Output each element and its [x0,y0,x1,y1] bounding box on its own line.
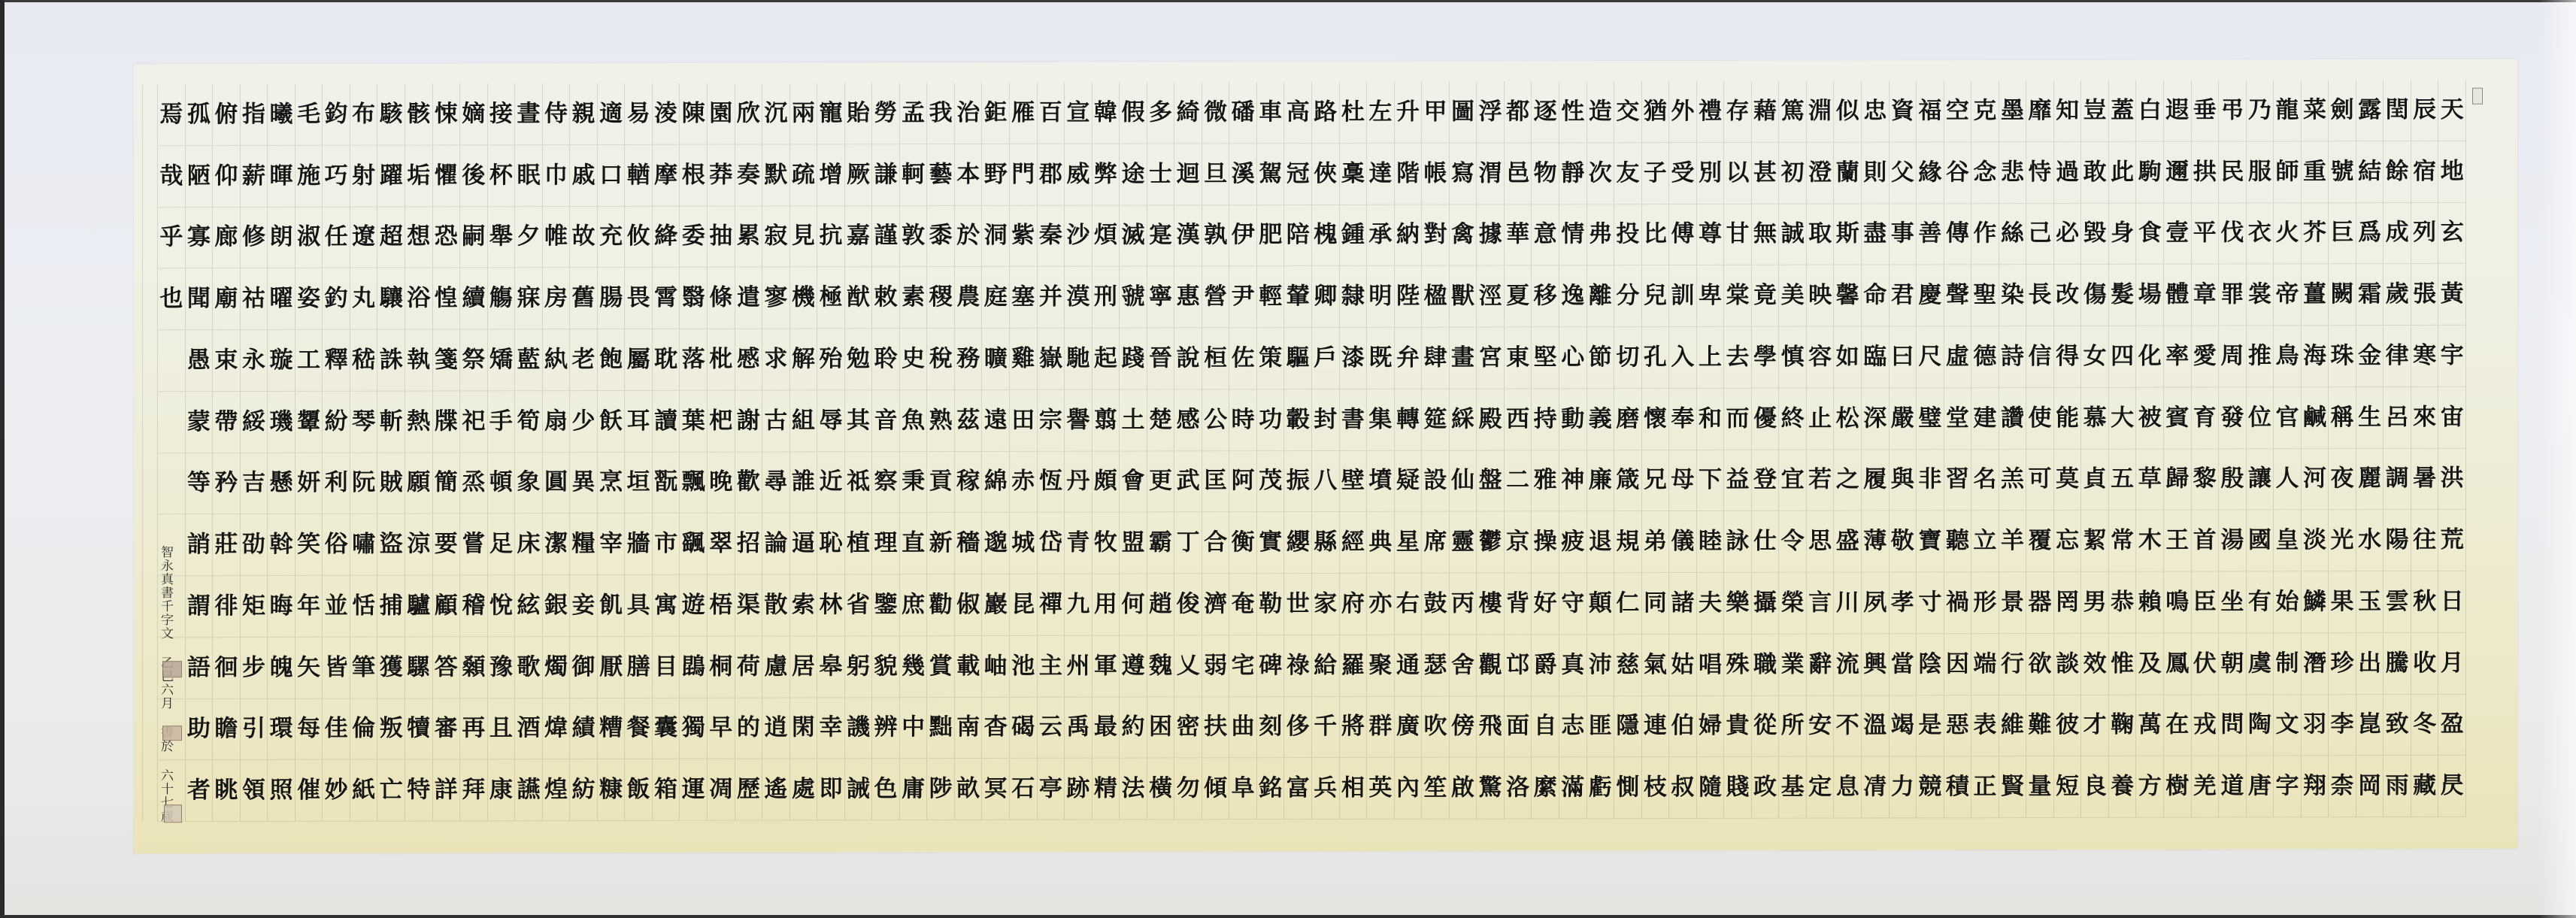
character-cell: 臨 [1862,326,1889,388]
seal-upper-icon [162,661,182,677]
character-cell: 四 [2109,326,2136,388]
character-cell: 引 [241,698,268,760]
text-column: 垂拱平章愛育黎首臣伏戎羌 [2191,80,2219,818]
character-cell: 誰 [790,452,817,514]
character-cell: 世 [1284,574,1311,635]
character-cell: 阜 [1229,758,1256,820]
character-cell: 鞠 [2109,695,2136,756]
character-cell: 黍 [927,206,954,268]
character-cell: 摩 [653,145,680,207]
text-column: 治本於農務茲稼穡俶載南畝 [954,83,982,820]
character-cell: 道 [2219,756,2246,818]
character-cell: 淑 [295,207,323,268]
character-cell: 華 [1505,205,1532,266]
character-cell: 樓 [1477,574,1504,635]
character-cell [158,453,185,515]
inscription-column [142,84,158,822]
character-cell: 畫 [1450,328,1477,389]
character-cell: 命 [1862,265,1889,327]
character-cell: 岡 [2356,756,2384,817]
character-cell: 廉 [1587,450,1614,512]
character-cell: 見 [790,206,817,268]
character-cell: 抽 [708,206,735,268]
character-cell: 口 [598,145,625,207]
character-cell: 求 [762,329,789,390]
character-cell: 照 [268,760,295,822]
character-cell: 足 [488,514,515,576]
character-cell: 大 [2109,387,2136,449]
character-cell: 律 [2384,326,2411,387]
character-cell: 恬 [350,576,377,638]
character-cell: 寂 [762,206,789,268]
character-cell: 手 [488,391,515,453]
character-cell: 金 [2356,326,2384,387]
character-cell: 匪 [1587,696,1614,758]
character-cell: 貴 [1724,695,1751,757]
character-cell: 使 [2026,388,2053,450]
character-cell: 鈞 [323,84,350,146]
character-cell: 愚 [186,330,213,392]
character-cell: 謝 [735,390,762,452]
character-cell: 杳 [982,697,1009,759]
text-column: 布射遼丸嵇琴阮嘯恬筆倫紙 [350,84,377,822]
character-cell: 升 [1395,82,1422,144]
character-cell: 政 [1752,757,1779,819]
text-column: 鈞巧任釣釋紛利俗並皆佳妙 [322,84,350,822]
character-cell: 溫 [1862,695,1889,757]
character-cell: 傅 [1669,204,1696,265]
text-column: 乃服衣裳推位讓國有虞陶唐 [2246,80,2274,817]
character-cell: 慶 [1917,265,1944,327]
character-cell: 仙 [1450,450,1477,512]
text-column: 甲帳對楹肆筵設席鼓瑟吹笙 [1421,82,1449,820]
character-cell: 聆 [872,329,899,390]
character-cell: 涇 [1477,266,1504,328]
character-cell: 有 [2247,571,2274,633]
character-cell: 魏 [1147,635,1174,697]
text-column: 晝眠夕寐藍筍象床絃歌酒讌 [514,83,542,821]
character-cell: 弔 [2219,80,2246,141]
character-cell: 巾 [543,145,570,207]
character-cell: 交 [1614,81,1641,143]
character-cell: 組 [790,390,817,452]
character-cell: 圓 [543,453,570,514]
character-cell: 裳 [2247,265,2274,326]
text-column: 宣威沙漠馳譽丹青九州禹跡 [1064,83,1092,820]
character-cell: 興 [1862,634,1889,695]
character-cell: 論 [762,514,789,575]
character-cell: 丸 [350,268,377,330]
character-cell: 右 [1395,574,1422,635]
character-cell: 嘉 [845,206,872,268]
character-cell: 宰 [598,514,625,575]
character-cell: 綵 [1450,389,1477,450]
character-cell: 嶽 [1038,329,1065,390]
character-cell: 黜 [927,698,954,759]
character-cell: 途 [1120,144,1147,205]
character-cell: 恐 [433,207,460,268]
character-cell: 芥 [2302,203,2329,265]
character-cell: 讓 [2247,449,2274,511]
character-cell: 弱 [1202,635,1229,697]
character-cell: 可 [2026,449,2053,511]
character-cell: 尺 [1917,326,1944,388]
character-cell: 觀 [1477,635,1504,696]
text-column: 毛施淑姿工顰妍笑年矢每催 [295,84,323,822]
character-cell: 每 [295,698,323,760]
character-cell: 爲 [2356,203,2384,265]
character-cell: 規 [1614,511,1641,573]
text-column: 菜重芥薑海鹹河淡鱗潛羽翔 [2301,80,2329,817]
character-cell: 爵 [1532,635,1559,696]
character-cell: 空 [1944,80,1971,142]
character-cell: 曦 [268,84,295,146]
character-cell: 皇 [2274,511,2301,572]
character-cell: 湯 [2219,511,2246,572]
character-cell: 俗 [323,514,350,576]
character-cell: 傍 [1450,696,1477,758]
character-cell: 九 [1065,574,1092,636]
character-cell: 靈 [1450,512,1477,574]
text-column: 易輶攸畏屬耳垣牆具膳餐飯 [624,83,652,821]
character-cell: 家 [1312,574,1339,635]
character-cell: 最 [1093,697,1120,759]
photo-frame-left-edge [0,0,5,918]
character-cell: 弟 [1642,511,1669,573]
character-cell: 法 [1120,759,1147,820]
character-cell: 廣 [1395,696,1422,758]
character-cell: 沛 [1587,635,1614,696]
character-cell: 睦 [1697,511,1724,573]
character-cell: 鳴 [2164,572,2191,634]
character-cell: 斡 [268,514,295,576]
character-cell: 府 [1340,574,1367,635]
character-cell: 傳 [1944,204,1971,265]
character-cell: 既 [1367,328,1394,389]
character-cell: 等 [186,453,213,515]
character-cell: 懼 [433,145,460,207]
character-cell: 勿 [1174,759,1202,820]
character-cell: 滅 [1120,205,1147,267]
text-column: 存以甘棠去而益詠樂殊貴賤 [1723,81,1751,819]
character-cell: 扶 [1202,697,1229,759]
character-cell: 虧 [1587,757,1614,819]
character-cell: 約 [1120,697,1147,759]
character-cell: 杷 [708,390,735,452]
character-cell: 飢 [598,575,625,637]
character-cell: 畏 [625,268,652,329]
character-cell: 荷 [735,636,762,698]
character-cell: 巧 [323,145,350,207]
character-cell: 珍 [2329,633,2356,695]
character-cell: 尹 [1229,266,1256,328]
character-cell: 初 [1779,142,1806,204]
character-cell: 羔 [1999,450,2026,511]
character-cell: 圖 [1450,82,1477,144]
character-cell: 霸 [1147,513,1174,574]
character-cell: 輕 [1257,266,1284,328]
character-cell: 韓 [1093,83,1120,144]
character-cell: 此 [2109,141,2136,203]
character-cell: 布 [350,84,377,146]
character-cell: 荒 [2438,510,2465,571]
character-cell: 蒙 [186,392,213,453]
character-cell: 仕 [1752,511,1779,573]
character-cell: 收 [2411,633,2438,695]
character-cell: 賤 [1724,757,1751,819]
character-cell: 竟 [1752,265,1779,327]
character-cell: 毛 [295,84,323,146]
character-cell: 深 [1862,388,1889,450]
character-cell: 星 [1395,512,1422,574]
character-cell: 賓 [2164,387,2191,449]
character-cell: 終 [1779,388,1806,450]
character-cell: 釋 [323,330,350,392]
character-cell: 槐 [1312,205,1339,266]
character-cell: 宮 [1477,328,1504,389]
character-cell: 背 [1505,573,1532,635]
character-cell: 推 [2247,326,2274,387]
character-cell: 去 [1724,327,1751,389]
character-cell: 扇 [543,391,570,453]
character-cell: 驚 [1477,758,1504,820]
character-cell: 翦 [1093,389,1120,451]
character-cell: 飫 [598,391,625,453]
character-cell: 投 [1614,205,1641,266]
character-cell: 音 [872,390,899,452]
character-cell: 惟 [2109,633,2136,695]
character-cell: 上 [1697,327,1724,389]
text-column: 空谷傳聲虛堂習聽禍因惡積 [1944,80,1971,818]
character-cell: 舊 [570,268,597,329]
character-cell: 委 [680,206,707,268]
character-cell: 洪 [2438,448,2465,510]
character-cell: 母 [1669,450,1696,511]
character-cell: 出 [2356,633,2384,695]
character-cell: 逸 [1559,266,1587,328]
character-cell: 歌 [515,637,542,698]
character-cell: 食 [2136,203,2163,265]
character-cell: 取 [1807,204,1834,265]
character-cell: 呂 [2384,387,2411,449]
character-cell: 誠 [1779,204,1806,265]
character-cell: 壁 [1340,450,1367,512]
character-cell: 餘 [2384,141,2411,203]
character-cell: 邙 [1505,635,1532,696]
character-cell: 渭 [1477,143,1504,205]
character-cell: 德 [1971,326,1999,388]
character-cell: 惡 [1944,695,1971,757]
character-cell: 赤 [1010,451,1037,513]
character-cell: 美 [1779,265,1806,327]
character-cell: 笙 [1422,758,1449,820]
character-cell: 疑 [1395,450,1422,512]
text-column: 磻溪伊尹佐時阿衡奄宅曲阜 [1229,82,1256,820]
character-cell: 資 [1890,80,1917,142]
character-cell: 切 [1614,327,1641,389]
character-cell: 直 [900,513,927,574]
character-cell: 黃 [2438,264,2465,326]
character-cell: 殿 [1477,389,1504,450]
character-cell: 東 [1505,327,1532,389]
character-cell: 宅 [1229,635,1256,697]
character-cell: 賴 [2136,572,2163,634]
character-cell: 勞 [872,83,899,144]
character-cell: 所 [1779,695,1806,757]
character-cell: 詠 [1724,511,1751,573]
character-cell: 結 [2356,141,2384,203]
character-cell: 章 [2192,265,2219,326]
character-cell: 堂 [1944,388,1971,450]
character-cell: 名 [1971,450,1999,511]
character-cell: 曲 [1229,697,1256,759]
character-cell: 歲 [2384,264,2411,326]
character-cell: 貽 [845,83,872,144]
character-cell: 傾 [1202,759,1229,820]
character-cell: 務 [955,329,982,390]
character-cell: 外 [1669,81,1696,143]
character-cell: 讚 [1999,388,2026,450]
character-cell: 枇 [708,329,735,391]
character-cell: 是 [1917,695,1944,757]
character-cell: 俠 [1312,144,1339,205]
character-cell: 陰 [1917,634,1944,695]
character-cell: 盤 [1477,450,1504,512]
character-cell: 同 [1642,573,1669,635]
character-cell: 厭 [598,637,625,698]
character-cell: 長 [2026,265,2053,326]
character-cell: 南 [955,697,982,759]
character-cell: 平 [2192,203,2219,265]
calligraphy-paper: 天地玄黃宇宙洪荒日月盈昃辰宿列張寒來暑往秋收冬藏閏餘成歲律呂調陽雲騰致雨露結爲霜… [134,59,2517,854]
character-cell: 飯 [625,759,652,821]
character-cell: 治 [955,83,982,144]
seal-middle-icon [162,726,182,741]
character-cell: 鹹 [2302,387,2329,449]
character-cell: 性 [1559,81,1587,143]
character-cell: 下 [1697,450,1724,511]
character-cell: 極 [817,268,844,329]
character-cell: 涼 [405,514,432,576]
character-cell: 衣 [2247,203,2274,265]
character-cell: 璣 [268,392,295,453]
character-cell: 凊 [1862,757,1889,819]
character-cell: 阿 [1229,451,1256,513]
character-cell: 處 [790,759,817,821]
character-cell: 藏 [2411,756,2438,817]
character-cell: 路 [1312,82,1339,144]
character-cell: 慼 [735,329,762,391]
character-cell: 牒 [433,391,460,453]
character-cell: 廊 [213,208,240,269]
character-cell: 嘯 [350,514,377,576]
character-cell: 躬 [845,636,872,698]
character-cell: 林 [817,574,844,636]
character-cell: 邇 [2164,141,2191,203]
character-cell: 陳 [680,83,707,145]
character-cell: 職 [1752,634,1779,695]
character-cell: 得 [2054,326,2081,388]
character-cell: 軍 [1093,635,1120,697]
character-cell: 器 [2026,572,2053,634]
character-cell: 葉 [680,390,707,452]
character-cell: 垂 [2192,80,2219,142]
character-cell: 弗 [1587,205,1614,266]
text-column: 孟軻敦素史魚秉直庶幾中庸 [899,83,927,820]
character-cell: 誚 [186,514,213,576]
character-cell: 條 [708,268,735,329]
character-cell: 衡 [1229,512,1256,574]
character-cell: 聖 [1971,265,1999,326]
character-cell: 左 [1367,82,1394,144]
character-cell: 氣 [1642,635,1669,696]
character-cell: 觴 [488,268,515,330]
character-cell: 奄 [1229,574,1256,635]
character-cell: 紈 [543,329,570,391]
character-cell: 叛 [377,698,405,760]
text-column: 弔民伐罪周發殷湯坐朝問道 [2218,80,2246,817]
character-cell: 煩 [1093,205,1120,267]
character-cell: 盛 [1834,511,1861,573]
character-cell: 落 [680,329,707,391]
character-cell: 辱 [817,390,844,452]
character-cell: 阮 [350,453,377,514]
character-cell: 親 [570,83,597,145]
character-cell: 集 [1367,389,1394,451]
character-cell: 辰 [2411,80,2438,141]
character-cell: 在 [2164,695,2191,756]
character-cell: 杜 [1340,82,1367,144]
character-cell: 稱 [2329,387,2356,449]
character-cell: 徘 [213,576,240,638]
character-cell: 隸 [1340,266,1367,328]
character-cell: 坐 [2219,571,2246,633]
character-cell: 欣 [735,83,762,145]
character-cell: 染 [1999,265,2026,326]
character-cell: 陪 [1284,205,1311,267]
text-column: 資父事君曰嚴與敬孝當竭力 [1889,80,1917,818]
character-cell: 友 [1614,143,1641,205]
character-cell: 秦 [1038,205,1065,267]
character-cell: 殊 [1724,635,1751,696]
character-cell: 藍 [515,329,542,391]
character-cell: 師 [2274,141,2301,203]
text-column: 鉅野洞庭曠遠綿邈巖岫杳冥 [981,83,1009,820]
character-cell: 孰 [1202,205,1229,267]
character-cell: 璧 [1917,388,1944,450]
character-cell: 轉 [1395,389,1422,450]
character-cell: 昆 [1010,574,1037,636]
character-cell: 慈 [1614,635,1641,696]
character-cell: 夏 [1505,266,1532,328]
character-cell: 巖 [982,574,1009,636]
character-cell: 莊 [213,514,240,576]
character-cell: 陛 [1395,266,1422,328]
character-cell: 迴 [1174,144,1202,205]
character-cell: 善 [1917,204,1944,265]
character-cell: 寸 [1917,572,1944,634]
character-cell: 矜 [213,453,240,515]
character-cell: 隨 [1697,757,1724,819]
character-cell: 鼓 [1422,574,1449,635]
character-cell: 獨 [680,698,707,759]
character-cell: 曰 [1890,326,1917,388]
character-cell: 虞 [2247,633,2274,695]
character-cell: 庶 [900,574,927,636]
character-cell: 之 [1834,450,1861,511]
character-cell: 譏 [845,698,872,759]
character-cell: 凋 [708,759,735,821]
